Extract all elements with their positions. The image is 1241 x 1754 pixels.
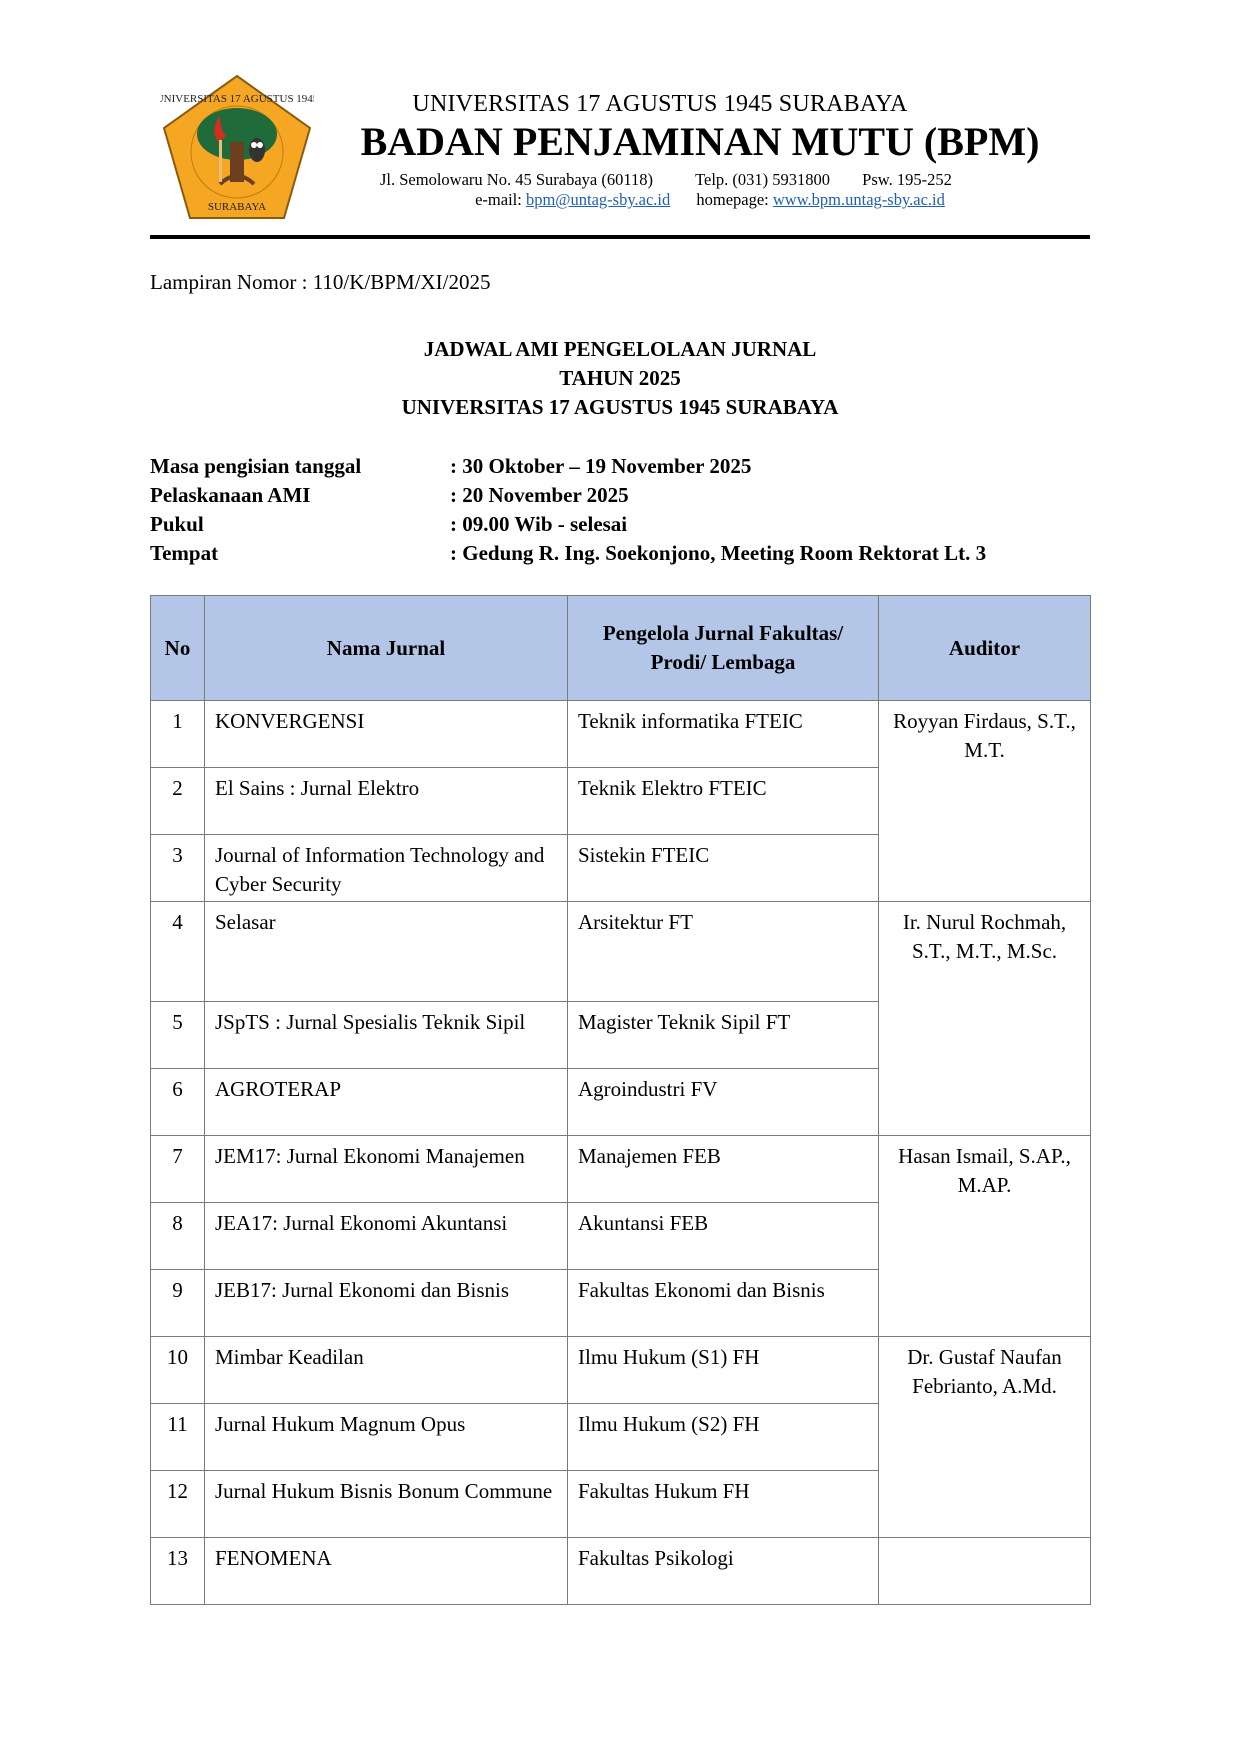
- cell-auditor: Hasan Ismail, S.AP., M.AP.: [879, 1136, 1091, 1337]
- cell-journal-name: El Sains : Jurnal Elektro: [205, 768, 568, 835]
- cell-journal-name: Jurnal Hukum Bisnis Bonum Commune: [205, 1471, 568, 1538]
- info-value: : 20 November 2025: [450, 481, 629, 510]
- letterhead-university: UNIVERSITAS 17 AGUSTUS 1945 SURABAYA: [330, 90, 990, 118]
- cell-journal-name: Mimbar Keadilan: [205, 1337, 568, 1404]
- phone: Telp. (031) 5931800: [695, 170, 830, 190]
- cell-no: 11: [151, 1404, 205, 1471]
- info-label: Masa pengisian tanggal: [150, 452, 450, 481]
- cell-journal-name: FENOMENA: [205, 1538, 568, 1605]
- letterhead-address-line: Jl. Semolowaru No. 45 Surabaya (60118) T…: [380, 170, 1040, 190]
- cell-no: 6: [151, 1069, 205, 1136]
- info-value: : Gedung R. Ing. Soekonjono, Meeting Roo…: [450, 539, 986, 568]
- cell-journal-name: AGROTERAP: [205, 1069, 568, 1136]
- cell-journal-name: Jurnal Hukum Magnum Opus: [205, 1404, 568, 1471]
- lampiran-number: Lampiran Nomor : 110/K/BPM/XI/2025: [150, 270, 490, 294]
- letterhead-contact-line: e-mail: bpm@untag-sby.ac.id homepage: ww…: [380, 190, 1040, 210]
- cell-manager: Arsitektur FT: [568, 902, 879, 1002]
- cell-manager: Akuntansi FEB: [568, 1203, 879, 1270]
- header-auditor: Auditor: [879, 596, 1091, 701]
- university-seal-logo-icon: UNIVERSITAS 17 AGUSTUS 1945 SURABAYA: [160, 72, 314, 222]
- table-row: 13 FENOMENA Fakultas Psikologi: [151, 1538, 1091, 1605]
- info-label: Pelaskanaan AMI: [150, 481, 450, 510]
- header-manager: Pengelola Jurnal Fakultas/ Prodi/ Lembag…: [568, 596, 879, 701]
- email-link[interactable]: bpm@untag-sby.ac.id: [526, 190, 670, 209]
- audit-schedule-table: No Nama Jurnal Pengelola Jurnal Fakultas…: [150, 595, 1091, 1605]
- svg-text:UNIVERSITAS 17 AGUSTUS 1945: UNIVERSITAS 17 AGUSTUS 1945: [160, 93, 314, 105]
- cell-manager: Teknik Elektro FTEIC: [568, 768, 879, 835]
- extension: Psw. 195-252: [862, 170, 952, 190]
- cell-manager: Agroindustri FV: [568, 1069, 879, 1136]
- cell-manager: Fakultas Psikologi: [568, 1538, 879, 1605]
- cell-no: 10: [151, 1337, 205, 1404]
- cell-journal-name: JEB17: Jurnal Ekonomi dan Bisnis: [205, 1270, 568, 1337]
- info-value: : 30 Oktober – 19 November 2025: [450, 452, 751, 481]
- cell-auditor: Dr. Gustaf Naufan Febrianto, A.Md.: [879, 1337, 1091, 1538]
- cell-manager: Fakultas Hukum FH: [568, 1471, 879, 1538]
- cell-no: 3: [151, 835, 205, 902]
- cell-auditor: Royyan Firdaus, S.T., M.T.: [879, 701, 1091, 902]
- table-row: 1 KONVERGENSI Teknik informatika FTEIC R…: [151, 701, 1091, 768]
- cell-manager: Fakultas Ekonomi dan Bisnis: [568, 1270, 879, 1337]
- cell-no: 13: [151, 1538, 205, 1605]
- cell-manager: Sistekin FTEIC: [568, 835, 879, 902]
- cell-journal-name: Selasar: [205, 902, 568, 1002]
- info-label: Tempat: [150, 539, 450, 568]
- document-title-line-1: JADWAL AMI PENGELOLAAN JURNAL: [150, 335, 1090, 364]
- cell-manager: Teknik informatika FTEIC: [568, 701, 879, 768]
- cell-no: 5: [151, 1002, 205, 1069]
- info-row-execution: Pelaskanaan AMI : 20 November 2025: [150, 481, 986, 510]
- cell-no: 4: [151, 902, 205, 1002]
- homepage-label: homepage:: [696, 190, 768, 209]
- cell-no: 9: [151, 1270, 205, 1337]
- cell-no: 2: [151, 768, 205, 835]
- document-title-line-3: UNIVERSITAS 17 AGUSTUS 1945 SURABAYA: [150, 393, 1090, 422]
- document-title-line-2: TAHUN 2025: [150, 364, 1090, 393]
- cell-no: 1: [151, 701, 205, 768]
- cell-manager: Magister Teknik Sipil FT: [568, 1002, 879, 1069]
- cell-no: 7: [151, 1136, 205, 1203]
- table-row: 10 Mimbar Keadilan Ilmu Hukum (S1) FH Dr…: [151, 1337, 1091, 1404]
- table-row: 7 JEM17: Jurnal Ekonomi Manajemen Manaje…: [151, 1136, 1091, 1203]
- homepage-link[interactable]: www.bpm.untag-sby.ac.id: [773, 190, 945, 209]
- cell-journal-name: Journal of Information Technology and Cy…: [205, 835, 568, 902]
- cell-auditor: Ir. Nurul Rochmah, S.T., M.T., M.Sc.: [879, 902, 1091, 1136]
- document-page: UNIVERSITAS 17 AGUSTUS 1945 SURABAYA UNI…: [0, 0, 1241, 1754]
- address: Jl. Semolowaru No. 45 Surabaya (60118): [380, 170, 653, 190]
- cell-auditor-empty: [879, 1538, 1091, 1605]
- svg-text:SURABAYA: SURABAYA: [208, 201, 266, 213]
- cell-manager: Ilmu Hukum (S1) FH: [568, 1337, 879, 1404]
- info-value: : 09.00 Wib - selesai: [450, 510, 627, 539]
- header-no: No: [151, 596, 205, 701]
- info-label: Pukul: [150, 510, 450, 539]
- cell-manager: Ilmu Hukum (S2) FH: [568, 1404, 879, 1471]
- cell-journal-name: JEM17: Jurnal Ekonomi Manajemen: [205, 1136, 568, 1203]
- cell-journal-name: KONVERGENSI: [205, 701, 568, 768]
- info-row-period: Masa pengisian tanggal : 30 Oktober – 19…: [150, 452, 986, 481]
- email-label: e-mail:: [475, 190, 522, 209]
- schedule-info: Masa pengisian tanggal : 30 Oktober – 19…: [150, 452, 986, 568]
- cell-journal-name: JEA17: Jurnal Ekonomi Akuntansi: [205, 1203, 568, 1270]
- table-row: 4 Selasar Arsitektur FT Ir. Nurul Rochma…: [151, 902, 1091, 1002]
- letterhead-agency: BADAN PENJAMINAN MUTU (BPM): [330, 118, 1070, 166]
- table-header-row: No Nama Jurnal Pengelola Jurnal Fakultas…: [151, 596, 1091, 701]
- cell-no: 12: [151, 1471, 205, 1538]
- cell-journal-name: JSpTS : Jurnal Spesialis Teknik Sipil: [205, 1002, 568, 1069]
- info-row-place: Tempat : Gedung R. Ing. Soekonjono, Meet…: [150, 539, 986, 568]
- header-journal-name: Nama Jurnal: [205, 596, 568, 701]
- cell-manager: Manajemen FEB: [568, 1136, 879, 1203]
- letterhead-divider: [150, 235, 1090, 239]
- cell-no: 8: [151, 1203, 205, 1270]
- info-row-time: Pukul : 09.00 Wib - selesai: [150, 510, 986, 539]
